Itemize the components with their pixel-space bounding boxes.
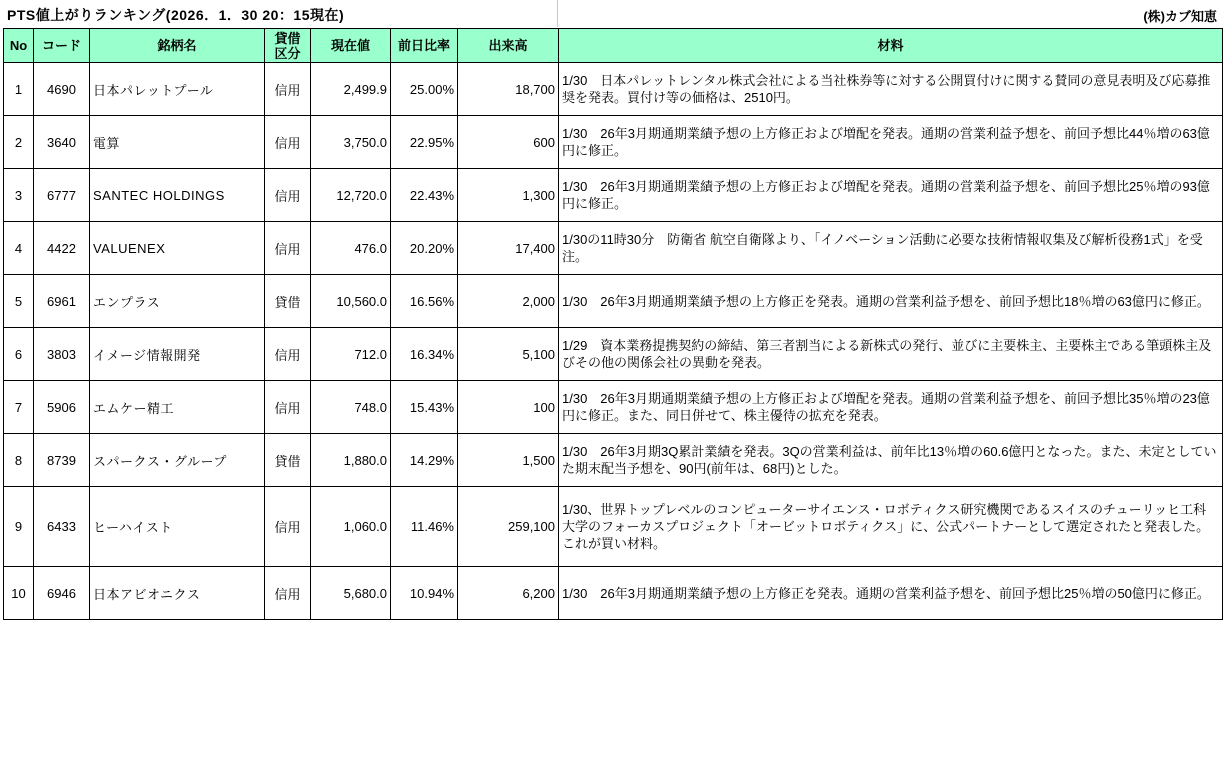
margin-cell: 信用 [265, 381, 311, 434]
header-margin-type: 貸借 区分 [265, 29, 311, 63]
code-cell: 6433 [34, 487, 90, 567]
header-no: No [4, 29, 34, 63]
code-cell: 8739 [34, 434, 90, 487]
ranking-table: No コード 銘柄名 貸借 区分 現在値 前日比率 出来高 材料 1 4690 … [3, 28, 1223, 620]
code-cell: 6777 [34, 169, 90, 222]
code-cell: 6961 [34, 275, 90, 328]
change-cell: 14.29% [391, 434, 458, 487]
volume-cell: 5,100 [458, 328, 559, 381]
title-row: PTS値上がりランキング(2026．1．30 20：15現在) (株)カブ知恵 [0, 0, 1223, 28]
volume-cell: 18,700 [458, 63, 559, 116]
volume-cell: 2,000 [458, 275, 559, 328]
volume-cell: 600 [458, 116, 559, 169]
volume-cell: 6,200 [458, 567, 559, 620]
material-cell: 1/30 26年3月期通期業績予想の上方修正および増配を発表。通期の営業利益予想… [559, 169, 1223, 222]
no-cell: 4 [4, 222, 34, 275]
table-row: 6 3803 イメージ情報開発 信用 712.0 16.34% 5,100 1/… [4, 328, 1223, 381]
name-cell: 日本アビオニクス [90, 567, 265, 620]
price-cell: 476.0 [311, 222, 391, 275]
price-cell: 12,720.0 [311, 169, 391, 222]
price-cell: 1,880.0 [311, 434, 391, 487]
margin-cell: 信用 [265, 63, 311, 116]
table-row: 9 6433 ヒーハイスト 信用 1,060.0 11.46% 259,100 … [4, 487, 1223, 567]
header-volume: 出来高 [458, 29, 559, 63]
price-cell: 3,750.0 [311, 116, 391, 169]
margin-cell: 信用 [265, 116, 311, 169]
no-cell: 6 [4, 328, 34, 381]
name-cell: エムケー精工 [90, 381, 265, 434]
code-cell: 4690 [34, 63, 90, 116]
table-row: 1 4690 日本パレットプール 信用 2,499.9 25.00% 18,70… [4, 63, 1223, 116]
table-row: 10 6946 日本アビオニクス 信用 5,680.0 10.94% 6,200… [4, 567, 1223, 620]
name-cell: イメージ情報開発 [90, 328, 265, 381]
header-name: 銘柄名 [90, 29, 265, 63]
table-row: 5 6961 エンプラス 貸借 10,560.0 16.56% 2,000 1/… [4, 275, 1223, 328]
code-cell: 6946 [34, 567, 90, 620]
no-cell: 3 [4, 169, 34, 222]
volume-cell: 100 [458, 381, 559, 434]
volume-cell: 17,400 [458, 222, 559, 275]
name-cell: SANTEC HOLDINGS [90, 169, 265, 222]
price-cell: 2,499.9 [311, 63, 391, 116]
material-cell: 1/30 日本パレットレンタル株式会社による当社株券等に対する公開買付けに関する… [559, 63, 1223, 116]
price-cell: 1,060.0 [311, 487, 391, 567]
no-cell: 1 [4, 63, 34, 116]
header-material: 材料 [559, 29, 1223, 63]
material-cell: 1/30 26年3月期通期業績予想の上方修正を発表。通期の営業利益予想を、前回予… [559, 567, 1223, 620]
margin-cell: 信用 [265, 222, 311, 275]
header-price: 現在値 [311, 29, 391, 63]
margin-cell: 信用 [265, 328, 311, 381]
volume-cell: 259,100 [458, 487, 559, 567]
name-cell: ヒーハイスト [90, 487, 265, 567]
page-title: PTS値上がりランキング(2026．1．30 20：15現在) [7, 5, 344, 25]
table-row: 3 6777 SANTEC HOLDINGS 信用 12,720.0 22.43… [4, 169, 1223, 222]
material-cell: 1/30 26年3月期通期業績予想の上方修正および増配を発表。通期の営業利益予想… [559, 381, 1223, 434]
volume-cell: 1,300 [458, 169, 559, 222]
no-cell: 2 [4, 116, 34, 169]
change-cell: 22.95% [391, 116, 458, 169]
change-cell: 11.46% [391, 487, 458, 567]
volume-cell: 1,500 [458, 434, 559, 487]
margin-cell: 信用 [265, 567, 311, 620]
no-cell: 5 [4, 275, 34, 328]
material-cell: 1/30の11時30分 防衛省 航空自衛隊より、「イノベーション活動に必要な技術… [559, 222, 1223, 275]
table-row: 2 3640 電算 信用 3,750.0 22.95% 600 1/30 26年… [4, 116, 1223, 169]
header-row: No コード 銘柄名 貸借 区分 現在値 前日比率 出来高 材料 [4, 29, 1223, 63]
change-cell: 16.56% [391, 275, 458, 328]
no-cell: 8 [4, 434, 34, 487]
change-cell: 25.00% [391, 63, 458, 116]
material-cell: 1/29 資本業務提携契約の締結、第三者割当による新株式の発行、並びに主要株主、… [559, 328, 1223, 381]
code-cell: 3640 [34, 116, 90, 169]
name-cell: 電算 [90, 116, 265, 169]
name-cell: エンプラス [90, 275, 265, 328]
change-cell: 20.20% [391, 222, 458, 275]
change-cell: 15.43% [391, 381, 458, 434]
no-cell: 9 [4, 487, 34, 567]
price-cell: 5,680.0 [311, 567, 391, 620]
material-cell: 1/30 26年3月期通期業績予想の上方修正および増配を発表。通期の営業利益予想… [559, 116, 1223, 169]
table-row: 4 4422 VALUENEX 信用 476.0 20.20% 17,400 1… [4, 222, 1223, 275]
code-cell: 4422 [34, 222, 90, 275]
name-cell: 日本パレットプール [90, 63, 265, 116]
margin-cell: 貸借 [265, 275, 311, 328]
material-cell: 1/30、世界トップレベルのコンピューターサイエンス・ロボティクス研究機関である… [559, 487, 1223, 567]
code-cell: 3803 [34, 328, 90, 381]
header-code: コード [34, 29, 90, 63]
change-cell: 10.94% [391, 567, 458, 620]
no-cell: 7 [4, 381, 34, 434]
name-cell: VALUENEX [90, 222, 265, 275]
change-cell: 22.43% [391, 169, 458, 222]
gridline-vertical [557, 0, 558, 27]
price-cell: 712.0 [311, 328, 391, 381]
material-cell: 1/30 26年3月期3Q累計業績を発表。3Qの営業利益は、前年比13％増の60… [559, 434, 1223, 487]
change-cell: 16.34% [391, 328, 458, 381]
margin-cell: 信用 [265, 169, 311, 222]
margin-cell: 貸借 [265, 434, 311, 487]
credit-label: (株)カブ知恵 [1143, 6, 1217, 25]
material-cell: 1/30 26年3月期通期業績予想の上方修正を発表。通期の営業利益予想を、前回予… [559, 275, 1223, 328]
table-row: 8 8739 スパークス・グループ 貸借 1,880.0 14.29% 1,50… [4, 434, 1223, 487]
price-cell: 10,560.0 [311, 275, 391, 328]
header-change: 前日比率 [391, 29, 458, 63]
name-cell: スパークス・グループ [90, 434, 265, 487]
margin-cell: 信用 [265, 487, 311, 567]
price-cell: 748.0 [311, 381, 391, 434]
table-row: 7 5906 エムケー精工 信用 748.0 15.43% 100 1/30 2… [4, 381, 1223, 434]
code-cell: 5906 [34, 381, 90, 434]
no-cell: 10 [4, 567, 34, 620]
